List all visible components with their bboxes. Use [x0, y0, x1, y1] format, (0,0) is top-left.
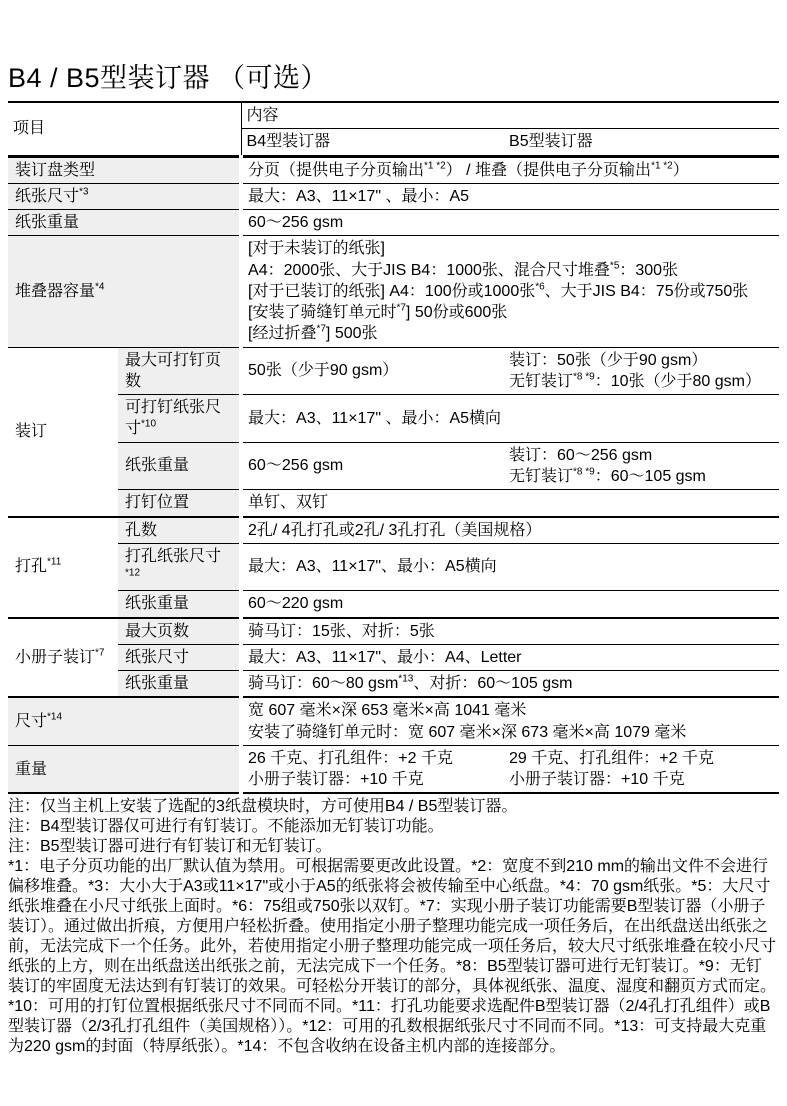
row-staple-paper-weight: 纸张重量 60～256 gsm 装订：60～256 gsm 无钉装订*8 *9：…	[8, 442, 779, 490]
row-value-tray-type: 分页（提供电子分页输出*1 *2） / 堆叠（提供电子分页输出*1 *2）	[241, 156, 779, 183]
footnote-marker: *1 *2	[424, 160, 446, 171]
row-value-punch-paper-size: 最大：A3、11×17"、最小：A5横向	[241, 543, 779, 591]
footnote-marker: *6	[535, 282, 544, 293]
notes-section: 注：仅当主机上安装了选配的3纸盘模块时，方可使用B4 / B5型装订器。 注：B…	[8, 797, 779, 1057]
footnote-marker: *5	[610, 260, 619, 271]
row-value-stacker-capacity: [对于未装订的纸张] A4：2000张、大于JIS B4：1000张、混合尺寸堆…	[241, 236, 779, 347]
row-label-paper-size: 纸张尺寸*3	[8, 183, 241, 209]
section-label-punch: 打孔*11	[8, 517, 118, 618]
column-header-content: 内容	[241, 102, 779, 129]
manual-page: B4 / B5型装订器 （可选） 项目 内容 B4型装订器 B5型装订器 装订盘…	[0, 56, 787, 1057]
row-value-staple-paper-size: 最大：A3、11×17" 、最小：A5横向	[241, 395, 779, 443]
row-dimensions: 尺寸*14 宽 607 毫米×深 653 毫米×高 1041 毫米 安装了骑缝钉…	[8, 697, 779, 745]
row-booklet-paper-size: 纸张尺寸 最大：A3、11×17"、最小：A4、Letter	[8, 644, 779, 670]
footnote-marker: *10	[141, 419, 156, 430]
row-label-punch-paper-weight: 纸张重量	[118, 591, 241, 618]
footnote-marker: *11	[47, 557, 61, 568]
row-punch-paper-weight: 纸张重量 60～220 gsm	[8, 591, 779, 618]
row-punch-holes: 打孔*11 孔数 2孔/ 4孔打孔或2孔/ 3孔打孔（美国规格）	[8, 517, 779, 544]
row-booklet-max-pages: 小册子装订*7 最大页数 骑马订：15张、对折：5张	[8, 618, 779, 645]
column-header-b4: B4型装订器	[241, 129, 504, 156]
footnote-marker: *4	[95, 282, 104, 293]
row-value-staple-paper-weight-b5: 装订：60～256 gsm 无钉装订*8 *9：60～105 gsm	[504, 442, 779, 490]
section-label-staple: 装订	[8, 347, 118, 516]
row-paper-size: 纸张尺寸*3 最大：A3、11×17" 、最小：A5	[8, 183, 779, 209]
row-value-staple-position: 单钉、双钉	[241, 490, 779, 517]
row-label-staple-paper-size: 可打钉纸张尺寸*10	[118, 395, 241, 443]
row-value-booklet-max-pages: 骑马订：15张、对折：5张	[241, 618, 779, 645]
row-tray-type: 装订盘类型 分页（提供电子分页输出*1 *2） / 堆叠（提供电子分页输出*1 …	[8, 156, 779, 183]
row-label-staple-max-pages: 最大可打钉页数	[118, 347, 241, 395]
footnote-marker: *14	[47, 712, 62, 723]
footnote-marker: *7	[396, 303, 405, 314]
row-staple-paper-size: 可打钉纸张尺寸*10 最大：A3、11×17" 、最小：A5横向	[8, 395, 779, 443]
row-label-booklet-paper-size: 纸张尺寸	[118, 644, 241, 670]
row-label-tray-type: 装订盘类型	[8, 156, 241, 183]
row-label-stacker-capacity: 堆叠器容量*4	[8, 236, 241, 347]
row-value-staple-max-pages-b4: 50张（少于90 gsm）	[241, 347, 504, 395]
row-label-punch-paper-size: 打孔纸张尺寸*12	[118, 543, 241, 591]
footnote-marker: *7	[316, 324, 325, 335]
section-label-booklet: 小册子装订*7	[8, 618, 118, 698]
row-label-weight: 重量	[8, 745, 241, 793]
row-label-staple-paper-weight: 纸张重量	[118, 442, 241, 490]
row-booklet-paper-weight: 纸张重量 骑马订：60～80 gsm*13、对折：60～105 gsm	[8, 671, 779, 698]
row-value-punch-holes: 2孔/ 4孔打孔或2孔/ 3孔打孔（美国规格）	[241, 517, 779, 544]
row-paper-weight: 纸张重量 60～256 gsm	[8, 210, 779, 236]
row-value-booklet-paper-weight: 骑马订：60～80 gsm*13、对折：60～105 gsm	[241, 671, 779, 698]
row-label-booklet-max-pages: 最大页数	[118, 618, 241, 645]
row-label-staple-position: 打钉位置	[118, 490, 241, 517]
row-staple-max-pages: 装订 最大可打钉页数 50张（少于90 gsm） 装订：50张（少于90 gsm…	[8, 347, 779, 395]
footnote-marker: *13	[398, 674, 413, 685]
footnote-marker: *8 *9	[573, 372, 595, 383]
row-weight: 重量 26 千克、打孔组件：+2 千克 小册子装订器：+10 千克 29 千克、…	[8, 745, 779, 793]
row-label-dimensions: 尺寸*14	[8, 697, 241, 745]
footnote-marker: *8 *9	[573, 467, 595, 478]
row-value-staple-paper-weight-b4: 60～256 gsm	[241, 442, 504, 490]
footnote-marker: *3	[79, 186, 88, 197]
footnote-marker: *12	[125, 568, 140, 579]
row-value-booklet-paper-size: 最大：A3、11×17"、最小：A4、Letter	[241, 644, 779, 670]
row-label-punch-holes: 孔数	[118, 517, 241, 544]
row-value-staple-max-pages-b5: 装订：50张（少于90 gsm） 无钉装订*8 *9：10张（少于80 gsm）	[504, 347, 779, 395]
row-stacker-capacity: 堆叠器容量*4 [对于未装订的纸张] A4：2000张、大于JIS B4：100…	[8, 236, 779, 347]
footnote-marker: *1 *2	[651, 160, 673, 171]
row-value-weight-b5: 29 千克、打孔组件：+2 千克 小册子装订器：+10 千克	[504, 745, 779, 793]
row-value-weight-b4: 26 千克、打孔组件：+2 千克 小册子装订器：+10 千克	[241, 745, 504, 793]
row-label-paper-weight: 纸张重量	[8, 210, 241, 236]
column-header-b5: B5型装订器	[504, 129, 779, 156]
row-value-paper-weight: 60～256 gsm	[241, 210, 779, 236]
row-label-booklet-paper-weight: 纸张重量	[118, 671, 241, 698]
note-b5-staple: 注：B5型装订器可进行有钉装订和无钉装订。	[8, 837, 777, 857]
row-punch-paper-size: 打孔纸张尺寸*12 最大：A3、11×17"、最小：A5横向	[8, 543, 779, 591]
row-value-dimensions: 宽 607 毫米×深 653 毫米×高 1041 毫米 安装了骑缝钉单元时：宽 …	[241, 697, 779, 745]
note-tray-module: 注：仅当主机上安装了选配的3纸盘模块时，方可使用B4 / B5型装订器。	[8, 797, 777, 817]
footnotes-paragraph: *1：电子分页功能的出厂默认值为禁用。可根据需要更改此设置。*2：宽度不到210…	[8, 857, 777, 1057]
page-title: B4 / B5型装订器 （可选）	[8, 56, 779, 95]
column-header-item: 项目	[8, 102, 241, 156]
note-b4-staple: 注：B4型装订器仅可进行有钉装订。不能添加无钉装订功能。	[8, 817, 777, 837]
spec-table: 项目 内容 B4型装订器 B5型装订器 装订盘类型 分页（提供电子分页输出*1 …	[8, 101, 779, 794]
row-value-paper-size: 最大：A3、11×17" 、最小：A5	[241, 183, 779, 209]
table-header-row-1: 项目 内容	[8, 102, 779, 129]
footnote-marker: *7	[95, 648, 104, 659]
row-staple-position: 打钉位置 单钉、双钉	[8, 490, 779, 517]
row-value-punch-paper-weight: 60～220 gsm	[241, 591, 779, 618]
